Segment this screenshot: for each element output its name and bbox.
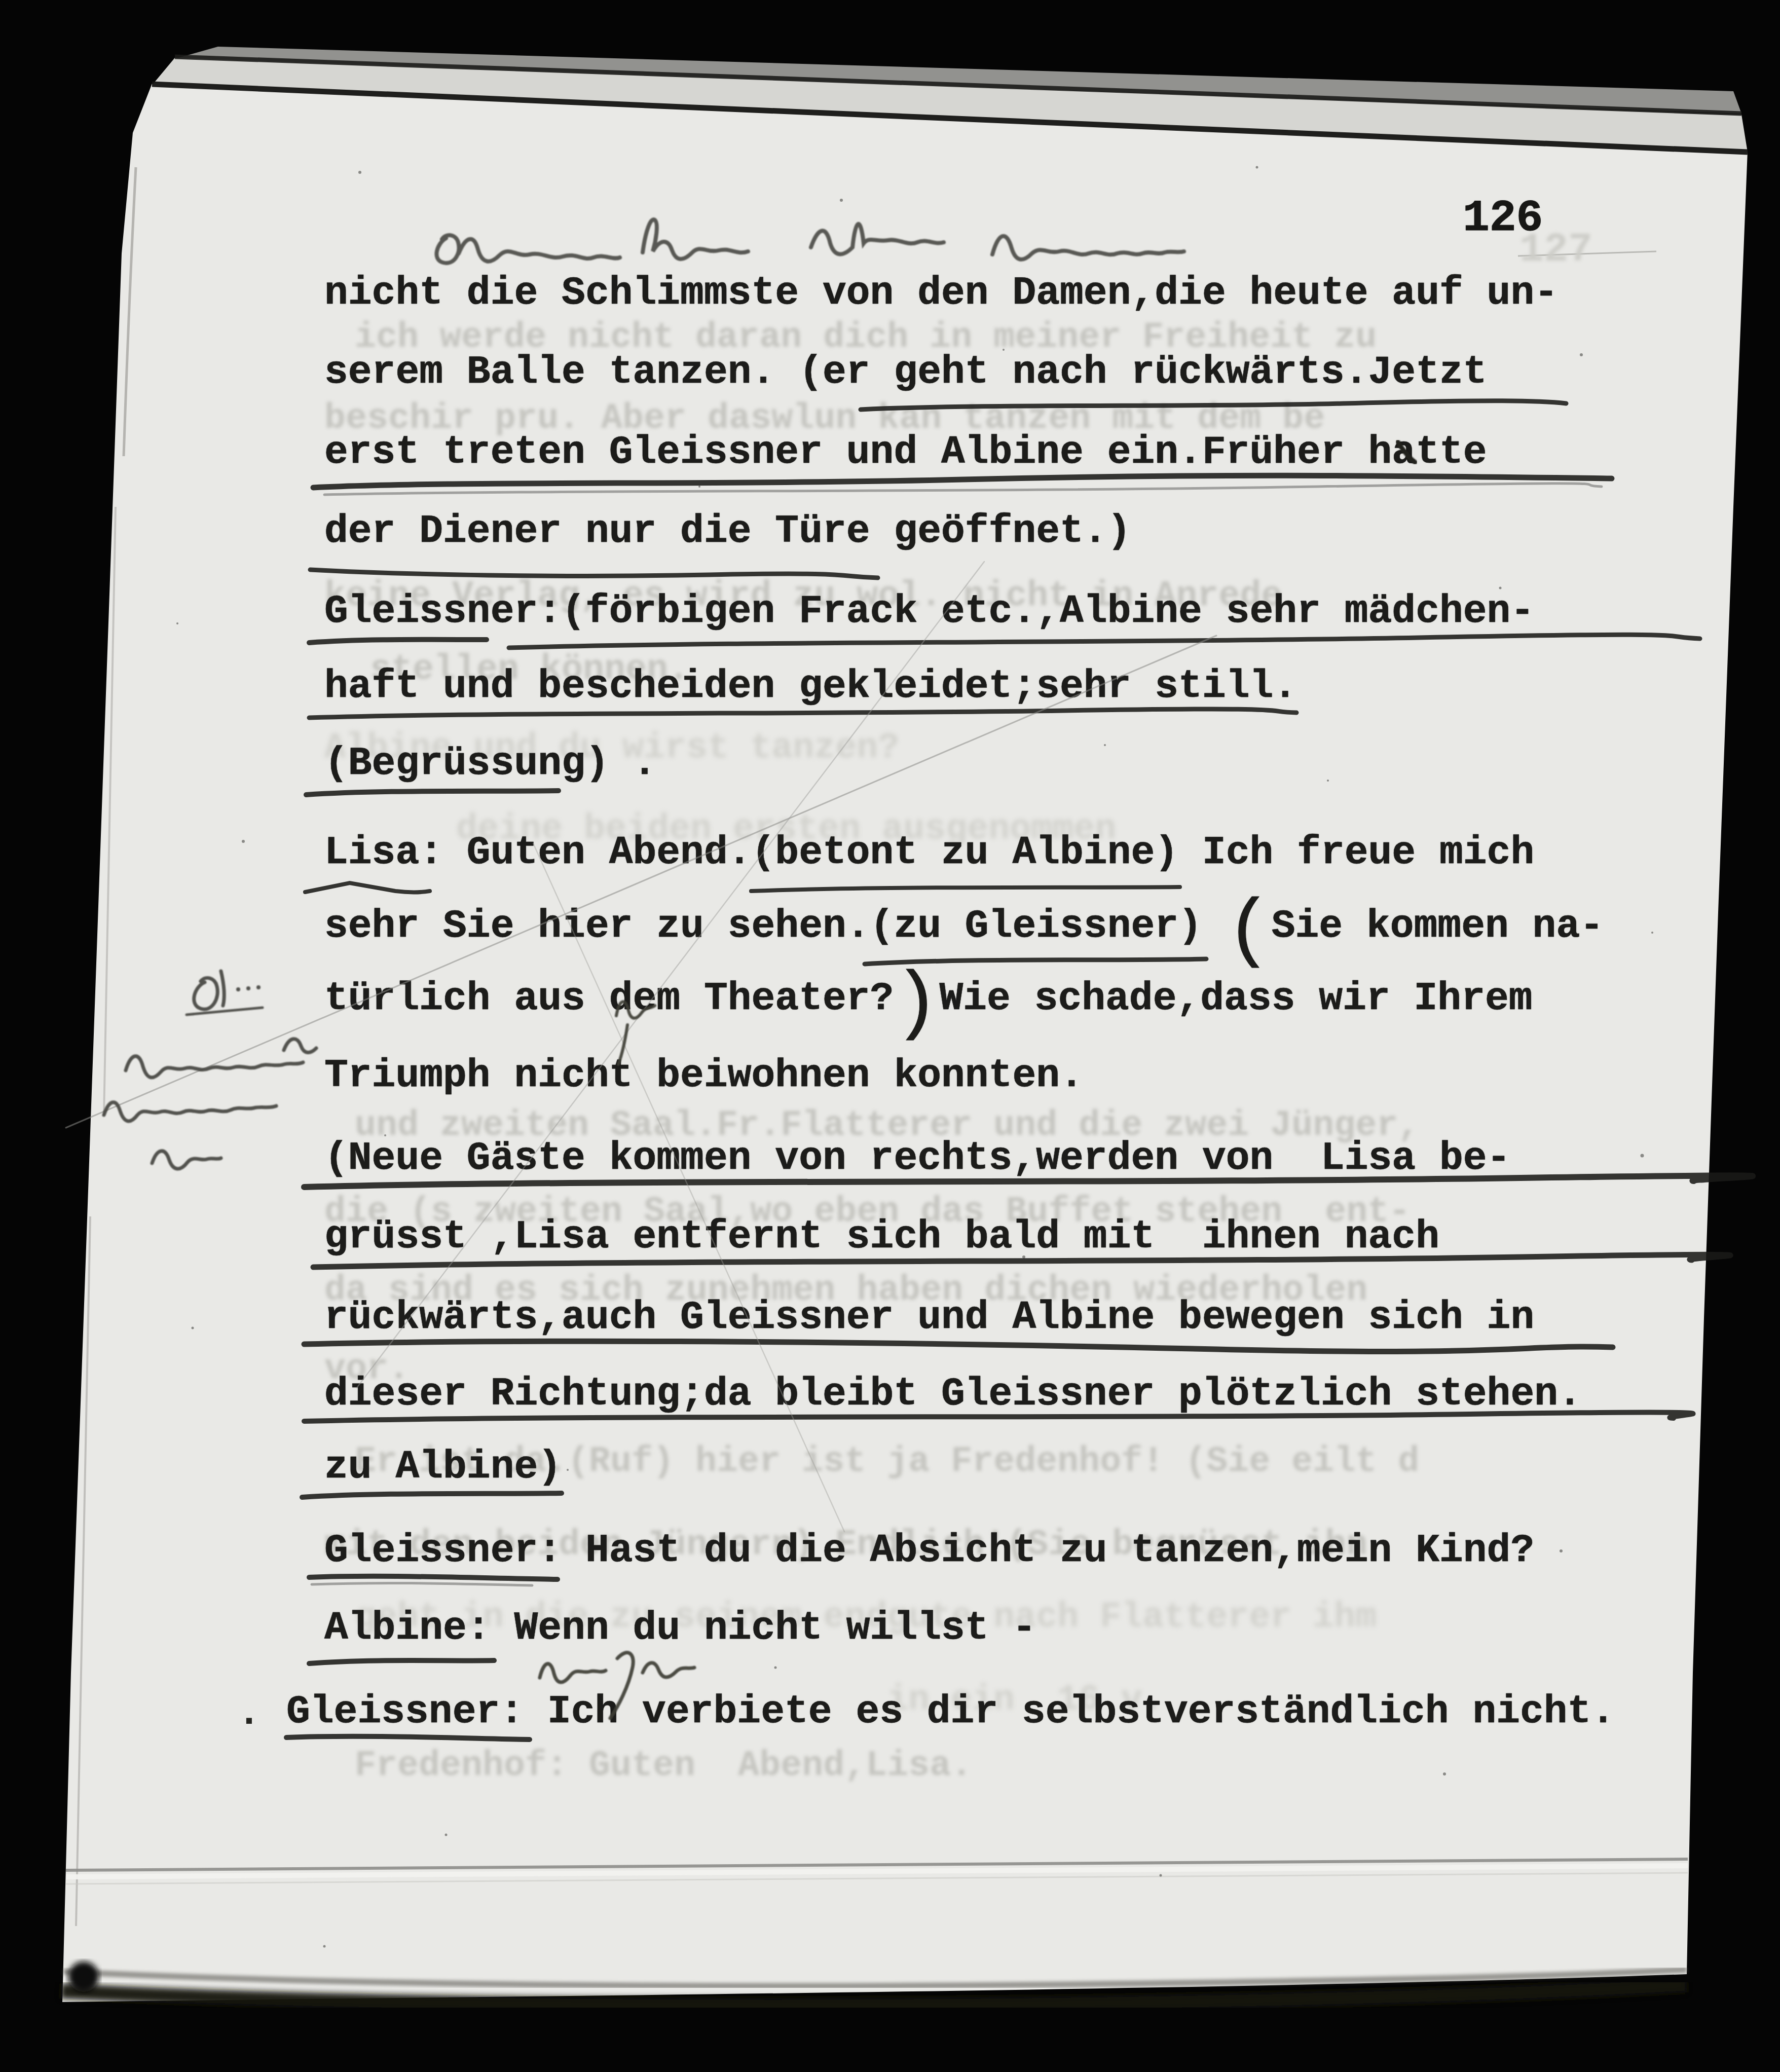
typed-line-5: Gleissner:(förbigen Frack etc.,Albine se… xyxy=(324,591,1534,633)
typed-line-3: erst treten Gleissner und Albine ein.Frü… xyxy=(324,432,1487,473)
typed-line-15: dieser Richtung;da bleibt Gleissner plöt… xyxy=(324,1374,1582,1415)
typed-line-1: nicht die Schlimmste von den Damen,die h… xyxy=(324,273,1558,314)
fold-line-faint xyxy=(66,1873,1688,1884)
oversized-parenthesis-close: ) xyxy=(894,961,939,1048)
typed-line-6: haft und bescheiden gekleidet;sehr still… xyxy=(324,666,1297,708)
typed-line-2: serem Balle tanzen. (er geht nach rückwä… xyxy=(324,352,1487,393)
underline-gleissner-hast xyxy=(309,1576,558,1579)
bottom-corner-blot xyxy=(68,1962,99,1992)
typed-line-11: Triumph nicht beiwohnen konnten. xyxy=(324,1055,1084,1097)
typed-line-18: Albine: Wenn du nicht willst - xyxy=(324,1608,1036,1649)
typed-line-10: türlich aus dem Theater?)Wie schade,dass… xyxy=(324,978,1533,1020)
underline-erst-treten-echo xyxy=(324,484,1602,495)
sheet-edge-back xyxy=(175,47,1741,114)
underline-betont-zu-albine xyxy=(751,887,1180,891)
underline-erst-treten xyxy=(313,475,1612,488)
typed-line-12: (Neue Gäste kommen von rechts,werden von… xyxy=(324,1138,1510,1179)
underline-gleissner-ich xyxy=(286,1736,530,1740)
typed-line-10-post: Wie schade,dass wir Ihrem xyxy=(939,977,1532,1021)
stray-period: . xyxy=(237,1693,261,1734)
typed-line-17: Gleissner: Hast du die Absicht zu tanzen… xyxy=(324,1530,1534,1572)
fold-line-light xyxy=(66,1866,1688,1877)
bleed-through-line: Fredenhof: Guten Abend,Lisa. xyxy=(355,1748,972,1785)
typed-line-19: Gleissner: Ich verbiete es dir selbstver… xyxy=(286,1691,1615,1733)
ghost-page-number: 127 xyxy=(1519,229,1592,272)
fold-line-dark xyxy=(66,1859,1688,1870)
typed-line-9-post: Sie kommen na- xyxy=(1272,904,1604,949)
sheet-edge-line-2 xyxy=(152,84,1748,152)
underline-begruessung xyxy=(306,791,559,795)
typed-line-14: rückwärts,auch Gleissner und Albine bewe… xyxy=(324,1297,1534,1339)
underline-haft-und xyxy=(309,709,1296,718)
typed-line-13: grüsst ,Lisa entfernt sich bald mit ihne… xyxy=(324,1216,1439,1258)
left-edge-streak-3 xyxy=(76,1216,90,1926)
underline-rueckwaerts-auch xyxy=(304,1341,1613,1351)
underline-gleissner-hast-echo xyxy=(312,1583,532,1585)
left-edge-streak-1 xyxy=(124,167,136,456)
bottom-edge-dark xyxy=(61,1985,1687,2006)
left-edge-streak-2 xyxy=(104,507,116,1115)
scanned-document-page: ich werde nicht daran dich in meiner Fre… xyxy=(0,0,1780,2072)
underline-lisa xyxy=(305,883,430,892)
underline-albine-wenn xyxy=(309,1660,494,1663)
typed-line-10-pre: türlich aus dem Theater? xyxy=(324,977,894,1021)
bottom-edge-soft xyxy=(63,1970,1687,1986)
oversized-parenthesis-open: ( xyxy=(1226,889,1272,975)
underline-gleissner-colon xyxy=(309,640,487,643)
typed-line-4: der Diener nur die Türe geöffnet.) xyxy=(324,511,1131,552)
typed-line-9: sehr Sie hier zu sehen.(zu Gleissner) (S… xyxy=(324,906,1604,947)
underline-foerbigen-frack xyxy=(509,635,1700,648)
handwritten-margin-note xyxy=(104,971,316,1169)
underline-zu-albine xyxy=(302,1493,562,1497)
typed-line-7: (Begrüssung) . xyxy=(324,743,656,785)
handwritten-annotation-top xyxy=(436,219,1184,263)
sheet-under xyxy=(152,58,1748,152)
sheet-edge-line-1 xyxy=(175,57,1741,114)
typed-line-16: zu Albine) xyxy=(324,1447,562,1488)
typed-line-8: Lisa: Guten Abend.(betont zu Albine) Ich… xyxy=(324,832,1534,874)
typed-line-9-pre: sehr Sie hier zu sehen.(zu Gleissner) xyxy=(324,904,1226,949)
